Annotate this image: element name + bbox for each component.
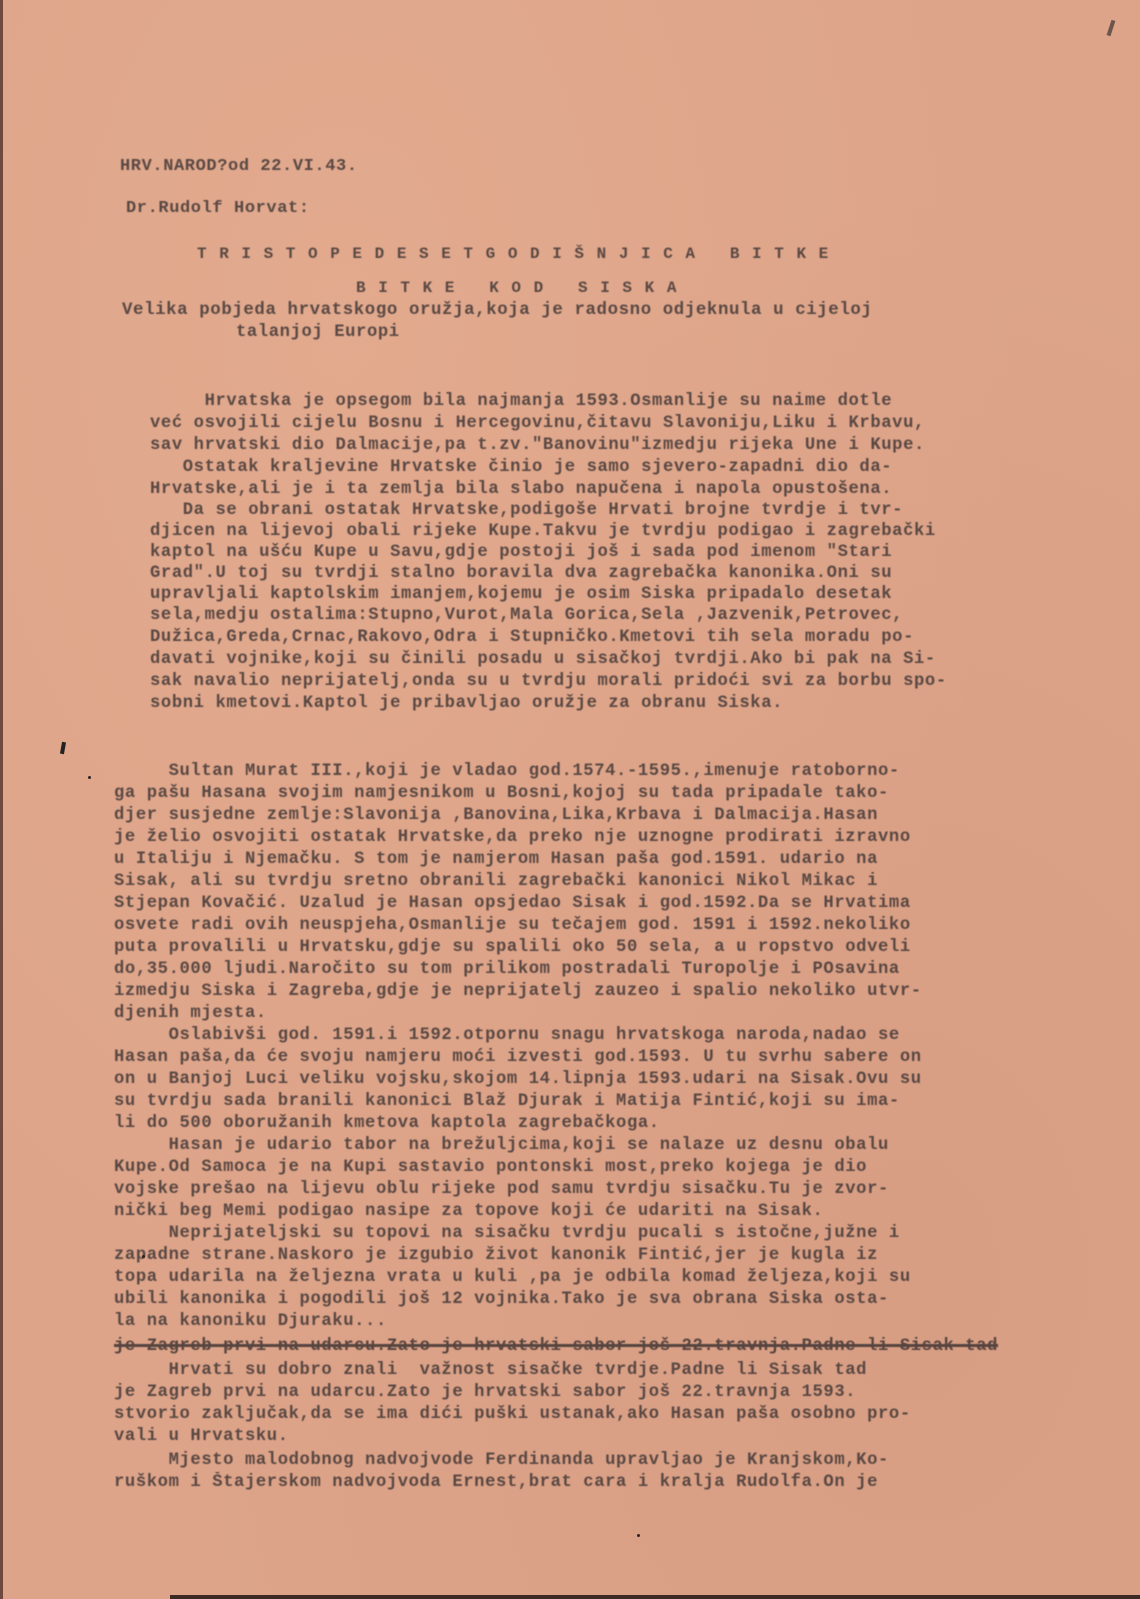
body-line: Dužica,Greda,Crnac,Rakovo,Odra i Stupnič… xyxy=(150,627,914,649)
ink-speck xyxy=(88,776,91,779)
body-line: Sultan Murat III.,koji je vladao god.157… xyxy=(114,761,900,783)
body-line: ubili kanonika i pogodili još 12 vojnika… xyxy=(114,1289,889,1311)
body-line: djicen na lijevoj obali rijeke Kupe.Takv… xyxy=(150,521,936,543)
body-line: vali u Hrvatsku. xyxy=(114,1426,289,1448)
scan-edge-left xyxy=(0,0,3,1599)
body-line: je Zagreb prvi na udarcu.Zato je hrvatsk… xyxy=(114,1382,856,1404)
ink-speck xyxy=(637,1534,640,1537)
body-line: kaptol na ušću Kupe u Savu,gdje postoji … xyxy=(150,542,892,564)
body-line: sak navalio neprijatelj,onda su u tvrdju… xyxy=(150,671,947,693)
body-line: do,35.000 ljudi.Naročito su tom prilikom… xyxy=(114,959,900,981)
body-line: Neprijateljski su topovi na sisačku tvrd… xyxy=(114,1223,900,1245)
body-line: nički beg Memi podigao nasipe za topove … xyxy=(114,1201,823,1223)
title-line-1: TRISTOPEDESETGODIŠNJICA BITKE xyxy=(197,243,841,265)
body-line: sav hrvatski dio Dalmacije,pa t.zv."Bano… xyxy=(150,435,925,457)
body-line: topa udarila na željezna vrata u kuli ,p… xyxy=(114,1267,911,1289)
body-line: sela,medju ostalima:Stupno,Vurot,Mala Go… xyxy=(150,605,903,627)
body-line: Grad".U toj su tvrdji stalno boravila dv… xyxy=(150,563,892,585)
struck-through-line: je Zagreb prvi na udarcu.Zato je hrvatsk… xyxy=(114,1336,998,1358)
body-line: Kupe.Od Samoca je na Kupi sastavio ponto… xyxy=(114,1157,867,1179)
body-line: osvete radi ovih neuspjeha,Osmanlije su … xyxy=(114,915,911,937)
body-line: Hrvatska je opsegom bila najmanja 1593.O… xyxy=(150,391,892,413)
ink-speck xyxy=(142,1255,145,1258)
body-line: Hrvati su dobro znali važnost sisačke tv… xyxy=(114,1360,867,1382)
body-line: već osvojili cijelu Bosnu i Hercegovinu,… xyxy=(150,413,925,435)
body-line: Hasan je udario tabor na brežuljcima,koj… xyxy=(114,1135,889,1157)
title-line-2: BITKE KOD SISKA xyxy=(356,277,689,299)
body-line: upravljali kaptolskim imanjem,kojemu je … xyxy=(150,584,892,606)
body-line: Stjepan Kovačić. Uzalud je Hasan opsjeda… xyxy=(114,893,911,915)
body-line: je želio osvojiti ostatak Hrvatske,da pr… xyxy=(114,827,911,849)
body-line: stvorio zaključak,da se ima dići puški u… xyxy=(114,1404,911,1426)
body-line: zapadne strane.Naskoro je izgubio život … xyxy=(114,1245,878,1267)
body-line: Mjesto malodobnog nadvojvode Ferdinanda … xyxy=(114,1450,889,1472)
body-line: Hasan paša,da će svoju namjeru moći izve… xyxy=(114,1047,922,1069)
body-line: li do 500 oboružanih kmetova kaptola zag… xyxy=(114,1113,660,1135)
body-line: Sisak, ali su tvrdju sretno obranili zag… xyxy=(114,871,878,893)
body-line: ruškom i Štajerskom nadvojvoda Ernest,br… xyxy=(114,1472,878,1494)
subtitle-line-2: talanjoj Europi xyxy=(236,322,400,344)
document-author-line: Dr.Rudolf Horvat: xyxy=(126,198,310,220)
body-line: vojske prešao na lijevu oblu rijeke pod … xyxy=(114,1179,889,1201)
body-line: Hrvatske,ali je i ta zemlja bila slabo n… xyxy=(150,479,892,501)
body-line: puta provalili u Hrvatsku,gdje su spalil… xyxy=(114,937,911,959)
body-line: Oslabivši god. 1591.i 1592.otpornu snagu… xyxy=(114,1025,900,1047)
document-source-line: HRV.NAROD?od 22.VI.43. xyxy=(120,156,358,178)
body-line: izmedju Siska i Zagreba,gdje je neprijat… xyxy=(114,981,922,1003)
body-line: ga pašu Hasana svojim namjesnikom u Bosn… xyxy=(114,783,889,805)
body-line: su tvrdju sada branili kanonici Blaž Dju… xyxy=(114,1091,900,1113)
body-line: la na kanoniku Djuraku... xyxy=(114,1311,387,1333)
body-line: u Italiju i Njemačku. S tom je namjerom … xyxy=(114,849,878,871)
scan-edge-bottom xyxy=(170,1595,1140,1599)
body-line: on u Banjoj Luci veliku vojsku,skojom 14… xyxy=(114,1069,922,1091)
body-line: sobni kmetovi.Kaptol je pribavljao oružj… xyxy=(150,693,783,715)
body-line: Da se obrani ostatak Hrvatske,podigoše H… xyxy=(150,500,903,522)
subtitle-line-1: Velika pobjeda hrvatskogo oružja,koja je… xyxy=(122,300,872,322)
body-line: djer susjedne zemlje:Slavonija ,Banovina… xyxy=(114,805,878,827)
body-line: davati vojnike,koji su činili posadu u s… xyxy=(150,649,936,671)
body-line: djenih mjesta. xyxy=(114,1003,267,1025)
body-line: Ostatak kraljevine Hrvatske činio je sam… xyxy=(150,457,892,479)
